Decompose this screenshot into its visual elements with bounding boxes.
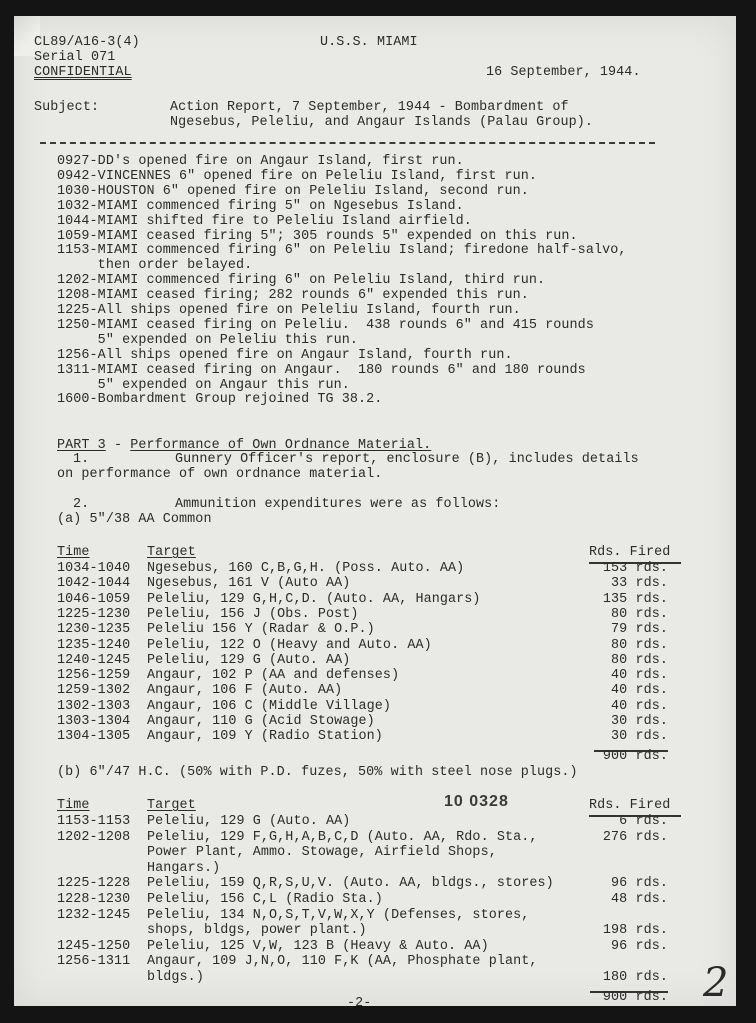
row-rounds-fired: 180 rds.	[560, 971, 668, 986]
row-time: 1256-1311	[57, 955, 130, 970]
row-target: Ngesebus, 161 V (Auto AA)	[147, 577, 350, 592]
handwritten-page-mark: 2	[703, 960, 728, 1006]
row-time: 1232-1245	[57, 909, 130, 924]
subject-line-2: Ngesebus, Peleliu, and Angaur Islands (P…	[170, 116, 593, 131]
row-time: 1245-1250	[57, 940, 130, 955]
row-rounds-fired: 40 rds.	[560, 700, 668, 715]
log-entry: 0942-VINCENNES 6" opened fire on Peleliu…	[57, 170, 537, 185]
row-rounds-fired: 80 rds.	[560, 608, 668, 623]
file-reference: CL89/A16-3(4)	[34, 36, 140, 51]
log-entry: 1256-All ships opened fire on Angaur Isl…	[57, 349, 513, 364]
row-target: bldgs.)	[147, 971, 204, 986]
log-entry: 1600-Bombardment Group rejoined TG 38.2.	[57, 393, 382, 408]
row-time: 1225-1228	[57, 877, 130, 892]
row-target: Angaur, 102 P (AA and defenses)	[147, 669, 399, 684]
log-entry: 0927-DD's opened fire on Angaur Island, …	[57, 155, 464, 170]
row-target: Power Plant, Ammo. Stowage, Airfield Sho…	[147, 846, 497, 861]
row-time: 1256-1259	[57, 669, 130, 684]
row-time: 1225-1230	[57, 608, 130, 623]
log-entry: 1032-MIAMI commenced firing 5" on Ngeseb…	[57, 200, 464, 215]
table-a-col-target: Target	[147, 546, 196, 561]
log-entry: 5" expended on Peleliu this run.	[57, 334, 358, 349]
para1-line-1: Gunnery Officer's report, enclosure (B),…	[175, 453, 639, 468]
row-rounds-fired: 96 rds.	[560, 940, 668, 955]
row-target: Peleliu, 129 G (Auto. AA)	[147, 815, 350, 830]
serial-number: Serial 071	[34, 51, 115, 66]
row-time: 1202-1208	[57, 831, 130, 846]
part3-number: PART 3	[57, 438, 106, 453]
row-target: Peleliu, 156 C,L (Radio Sta.)	[147, 893, 383, 908]
row-time: 1304-1305	[57, 730, 130, 745]
row-rounds-fired: 6 rds.	[560, 815, 668, 830]
row-rounds-fired: 153 rds.	[560, 562, 668, 577]
row-time: 1240-1245	[57, 654, 130, 669]
row-target: Angaur, 110 G (Acid Stowage)	[147, 715, 375, 730]
date-stamp: 10 0328	[444, 793, 509, 811]
row-time: 1303-1304	[57, 715, 130, 730]
table-b-col-time: Time	[57, 799, 90, 814]
document-date: 16 September, 1944.	[486, 66, 641, 81]
row-target: Ngesebus, 160 C,B,G,H. (Poss. Auto. AA)	[147, 562, 464, 577]
row-target: Peleliu, 129 F,G,H,A,B,C,D (Auto. AA, Rd…	[147, 831, 538, 846]
row-time: 1153-1153	[57, 815, 130, 830]
log-entry: 1059-MIAMI ceased firing 5"; 305 rounds …	[57, 230, 578, 245]
row-target: Peleliu, 129 G (Auto. AA)	[147, 654, 350, 669]
row-target: Peleliu, 129 G,H,C,D. (Auto. AA, Hangars…	[147, 593, 481, 608]
row-target: Peleliu, 134 N,O,S,T,V,W,X,Y (Defenses, …	[147, 909, 529, 924]
log-entry: 1044-MIAMI shifted fire to Peleliu Islan…	[57, 215, 472, 230]
subject-label: Subject:	[34, 101, 99, 116]
classification-mark: CONFIDENTIAL	[34, 66, 132, 81]
table-a-total: 900 rds.	[560, 750, 668, 765]
log-entry: then order belayed.	[57, 259, 252, 274]
log-entry: 1153-MIAMI commenced firing 6" on Peleli…	[57, 244, 627, 259]
row-time: 1228-1230	[57, 893, 130, 908]
para1-number: 1.	[73, 453, 89, 468]
row-target: Peleliu 156 Y (Radar & O.P.)	[147, 623, 375, 638]
para1-line-2: on performance of own ordnance material.	[57, 468, 382, 483]
log-entry: 1030-HOUSTON 6" opened fire on Peleliu I…	[57, 185, 529, 200]
part3-separator: -	[106, 438, 130, 453]
row-target: Peleliu, 122 O (Heavy and Auto. AA)	[147, 639, 432, 654]
row-time: 1259-1302	[57, 684, 130, 699]
log-entry: 5" expended on Angaur this run.	[57, 379, 350, 394]
row-time: 1302-1303	[57, 700, 130, 715]
row-rounds-fired: 276 rds.	[560, 831, 668, 846]
row-rounds-fired: 33 rds.	[560, 577, 668, 592]
para2-text: Ammunition expenditures were as follows:	[175, 498, 500, 513]
row-target: Angaur, 109 Y (Radio Station)	[147, 730, 383, 745]
log-entry: 1250-MIAMI ceased firing on Peleliu. 438…	[57, 319, 594, 334]
row-target: Angaur, 106 C (Middle Village)	[147, 700, 391, 715]
row-rounds-fired: 30 rds.	[560, 715, 668, 730]
row-rounds-fired: 79 rds.	[560, 623, 668, 638]
row-rounds-fired: 48 rds.	[560, 893, 668, 908]
row-target: Peleliu, 159 Q,R,S,U,V. (Auto. AA, bldgs…	[147, 877, 554, 892]
row-rounds-fired: 135 rds.	[560, 593, 668, 608]
row-rounds-fired: 80 rds.	[560, 639, 668, 654]
table-a-col-rds: Rds. Fired	[589, 546, 670, 561]
row-rounds-fired: 80 rds.	[560, 654, 668, 669]
dashed-separator	[40, 142, 655, 144]
part3-title: Performance of Own Ordnance Material.	[130, 438, 431, 453]
row-time: 1042-1044	[57, 577, 130, 592]
row-rounds-fired: 40 rds.	[560, 669, 668, 684]
page-number: -2-	[347, 997, 371, 1012]
row-time: 1046-1059	[57, 593, 130, 608]
para2-number: 2.	[73, 498, 89, 513]
table-a-caption: (a) 5"/38 AA Common	[57, 513, 212, 528]
row-target: Angaur, 106 F (Auto. AA)	[147, 684, 342, 699]
row-target: shops, bldgs, power plant.)	[147, 924, 367, 939]
row-target: Hangars.)	[147, 862, 220, 877]
row-target: Angaur, 109 J,N,O, 110 F,K (AA, Phosphat…	[147, 955, 538, 970]
log-entry: 1225-All ships opened fire on Peleliu Is…	[57, 304, 521, 319]
row-time: 1235-1240	[57, 639, 130, 654]
table-b-caption: (b) 6"/47 H.C. (50% with P.D. fuzes, 50%…	[57, 766, 578, 781]
row-time: 1230-1235	[57, 623, 130, 638]
log-entry: 1208-MIAMI ceased firing; 282 rounds 6" …	[57, 289, 529, 304]
row-rounds-fired: 96 rds.	[560, 877, 668, 892]
ship-name: U.S.S. MIAMI	[320, 36, 418, 51]
table-b-col-rds: Rds. Fired	[589, 799, 670, 814]
row-rounds-fired: 30 rds.	[560, 730, 668, 745]
row-rounds-fired: 40 rds.	[560, 684, 668, 699]
row-time: 1034-1040	[57, 562, 130, 577]
row-target: Peleliu, 156 J (Obs. Post)	[147, 608, 359, 623]
table-a-col-time: Time	[57, 546, 90, 561]
table-b-col-target: Target	[147, 799, 196, 814]
subject-line-1: Action Report, 7 September, 1944 - Bomba…	[170, 101, 569, 116]
log-entry: 1202-MIAMI commenced firing 6" on Peleli…	[57, 274, 545, 289]
row-target: Peleliu, 125 V,W, 123 B (Heavy & Auto. A…	[147, 940, 489, 955]
table-b-total: 900 rds.	[560, 991, 668, 1006]
row-rounds-fired: 198 rds.	[560, 924, 668, 939]
log-entry: 1311-MIAMI ceased firing on Angaur. 180 …	[57, 364, 586, 379]
